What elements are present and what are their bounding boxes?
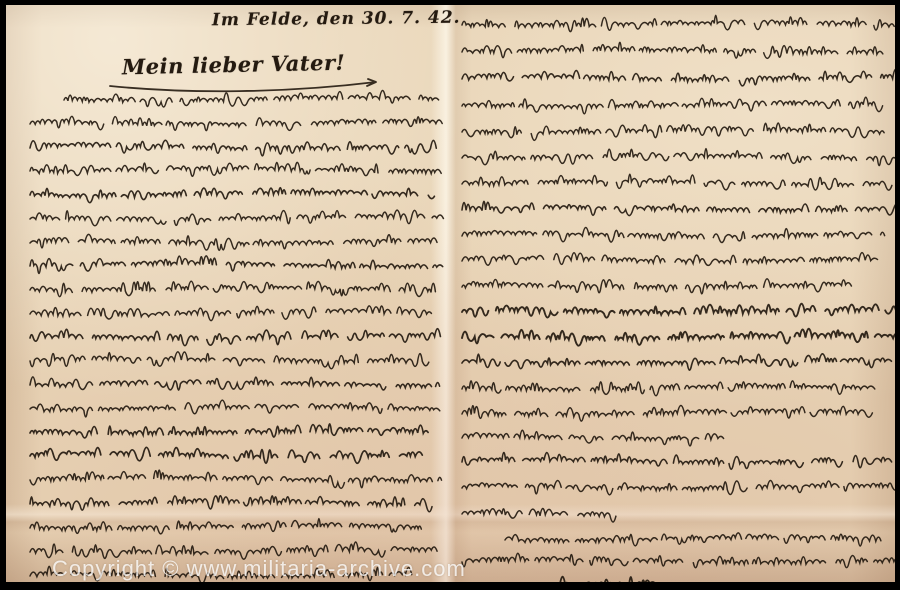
- scan-border-left: [0, 0, 6, 590]
- scan-border-bottom: [0, 582, 900, 590]
- letter-dateline: Im Felde, den 30. 7. 42.: [212, 8, 461, 31]
- scan-border-right: [895, 0, 900, 590]
- letter-paper: [6, 5, 895, 582]
- copyright-watermark: Copyright © www.militaria-archive.com: [52, 556, 466, 582]
- scanned-letter: Im Felde, den 30. 7. 42. Mein lieber Vat…: [0, 0, 900, 590]
- scan-border-top: [0, 0, 900, 5]
- letter-salutation: Mein lieber Vater!: [122, 50, 346, 80]
